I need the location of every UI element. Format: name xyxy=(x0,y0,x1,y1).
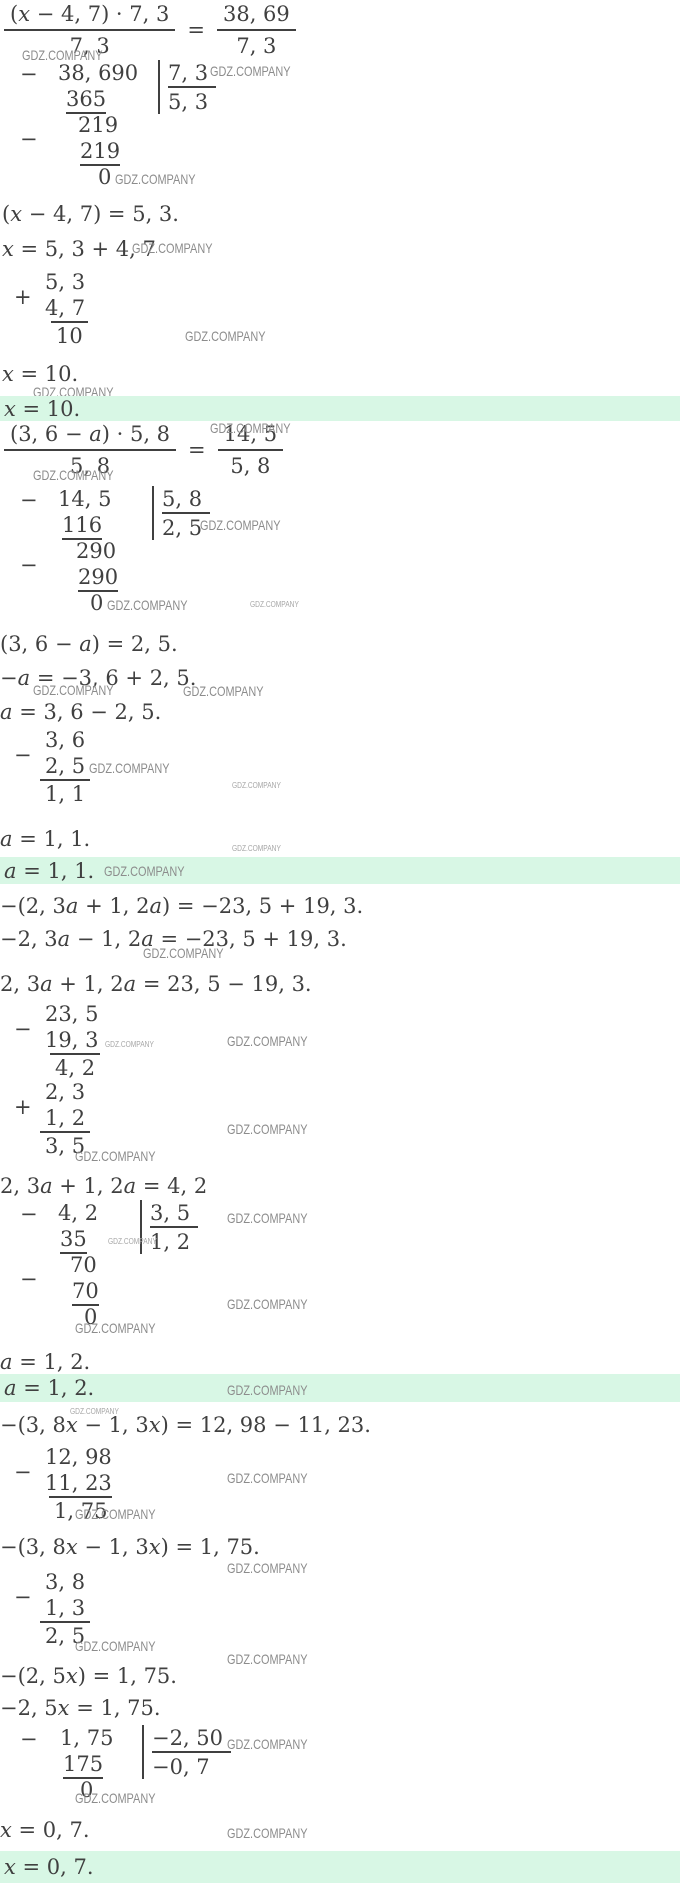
column-subtraction-1: − 3, 6 2, 5GDZ.COMPANY 1, 1 xyxy=(0,727,192,805)
fraction-right: 38, 69 7, 3 xyxy=(217,2,296,58)
dividend: 38, 690 xyxy=(58,60,138,86)
equation-line: a = 3, 6 − 2, 5. xyxy=(0,700,161,724)
fraction-numerator: 38, 69 xyxy=(217,2,296,31)
quotient: 1, 2 xyxy=(150,1228,198,1254)
operand: 2, 3 xyxy=(45,1080,85,1104)
column-subtraction-2: − 23, 5 19, 3GDZ.COMPANY 4, 2 xyxy=(0,1001,168,1079)
divisor-box: 7, 3 5, 3 xyxy=(158,60,216,114)
watermark: GDZ.COMPANY xyxy=(200,518,280,532)
dividend: 1, 75 xyxy=(60,1725,113,1751)
watermark: GDZ.COMPANY xyxy=(250,600,299,609)
answer-highlight-2: a = 1, 1. GDZ.COMPANY xyxy=(0,857,680,884)
equals-sign: = xyxy=(188,438,206,462)
watermark: GDZ.COMPANY xyxy=(185,329,265,343)
equation-line: a = 1, 2. xyxy=(0,1350,90,1374)
watermark: GDZ.COMPANY xyxy=(227,1211,307,1225)
operand: 12, 98 xyxy=(45,1445,112,1469)
partial-product: 175 xyxy=(63,1751,103,1779)
plus-sign: + xyxy=(14,1095,32,1119)
remainder: 70 xyxy=(70,1252,97,1278)
remainder: 219 xyxy=(78,112,118,138)
operand-row: 3, 8 xyxy=(45,1569,90,1595)
long-division-1: −38, 690 365 −219 219 0GDZ.COMPANY 7, 3 … xyxy=(0,60,219,190)
watermark: GDZ.COMPANY xyxy=(227,1826,307,1840)
division-row: 290 xyxy=(58,564,211,590)
watermark: GDZ.COMPANY xyxy=(132,241,212,255)
equation-line: −(3, 8x − 1, 3x) = 1, 75. xyxy=(0,1535,260,1559)
minus-sign: − xyxy=(14,1585,32,1609)
equation-line: 2, 3a + 1, 2a = 4, 2 xyxy=(0,1174,207,1198)
division-row: 0GDZ.COMPANY xyxy=(58,164,219,190)
minus-sign: − xyxy=(20,552,38,578)
operand: 4, 7 xyxy=(45,296,85,320)
watermark: GDZ.COMPANY xyxy=(75,1321,155,1335)
watermark: GDZ.COMPANY xyxy=(115,172,195,186)
division-row: −1, 75 xyxy=(58,1725,113,1751)
watermark: GDZ.COMPANY xyxy=(232,844,281,853)
long-division-3: −4, 2 35 −70 70 0 3, 5 1, 2 xyxy=(0,1200,99,1330)
answer-highlight-3: a = 1, 2. xyxy=(0,1374,680,1402)
solution-page: (x − 4, 7) · 7, 3 7, 3 = 38, 69 7, 3 GDZ… xyxy=(0,0,680,1883)
equation-line: −(3, 8x − 1, 3x) = 12, 98 − 11, 23. xyxy=(0,1413,371,1437)
operand-row: 23, 5 xyxy=(45,1001,168,1027)
minus-sign: − xyxy=(14,1460,32,1484)
operand-row: 2, 5GDZ.COMPANY xyxy=(45,753,192,779)
result: 4, 2 xyxy=(50,1053,100,1081)
answer-highlight-1: x = 10. xyxy=(0,396,680,421)
watermark: GDZ.COMPANY xyxy=(75,1149,155,1163)
division-row: 0GDZ.COMPANY xyxy=(58,590,211,616)
equation-line: a = 1, 1. xyxy=(0,827,90,851)
result-row: 4, 2 xyxy=(45,1053,168,1079)
minus-sign: − xyxy=(20,1726,38,1752)
fraction-denominator: 7, 3 xyxy=(236,31,276,58)
result-row: 10 xyxy=(45,321,88,347)
divisor: 5, 8 xyxy=(162,486,210,514)
watermark: GDZ.COMPANY xyxy=(33,683,113,697)
equation-line: (x − 4, 7) = 5, 3. xyxy=(2,202,179,226)
watermark: GDZ.COMPANY xyxy=(227,1297,307,1311)
division-row: 70 xyxy=(58,1278,99,1304)
operand-row: 5, 3 xyxy=(45,269,88,295)
division-row: 35 xyxy=(58,1226,99,1252)
dividend: 4, 2 xyxy=(58,1200,98,1226)
watermark: GDZ.COMPANY xyxy=(89,761,169,775)
watermark: GDZ.COMPANY xyxy=(227,1561,307,1575)
operand-row: 3, 6 xyxy=(45,727,192,753)
operand-row: 4, 7 xyxy=(45,295,88,321)
watermark: GDZ.COMPANY xyxy=(75,1507,155,1521)
division-row: 219 xyxy=(58,138,219,164)
equals-sign: = xyxy=(187,18,205,42)
watermark: GDZ.COMPANY xyxy=(75,1639,155,1653)
operand-row: 2, 3 xyxy=(45,1079,90,1105)
watermark: GDZ.COMPANY xyxy=(107,598,187,612)
quotient: 5, 3 xyxy=(168,88,216,114)
watermark: GDZ.COMPANY xyxy=(183,684,263,698)
operand-row: 1, 3 xyxy=(45,1595,90,1621)
watermark: GDZ.COMPANY xyxy=(33,468,113,482)
remainder: 290 xyxy=(76,538,116,564)
watermark: GDZ.COMPANY xyxy=(227,1737,307,1751)
divisor: 7, 3 xyxy=(168,60,216,88)
plus-sign: + xyxy=(14,285,32,309)
partial-product: 290 xyxy=(78,564,118,592)
operand: 3, 6 xyxy=(45,728,85,752)
column-addition-1: + 5, 3 4, 7 10 xyxy=(0,269,88,347)
dividend: 14, 5 xyxy=(58,486,111,512)
watermark: GDZ.COMPANY xyxy=(227,1471,307,1485)
partial-product: 35 xyxy=(60,1226,87,1254)
division-row: −290 xyxy=(58,538,211,564)
division-row: 175 xyxy=(58,1751,113,1777)
watermark: GDZ.COMPANY xyxy=(227,1034,307,1048)
remainder: 0 xyxy=(98,164,111,190)
operand: 3, 8 xyxy=(45,1570,85,1594)
minus-sign: − xyxy=(20,487,38,513)
answer-text: x = 0, 7. xyxy=(0,1855,94,1879)
watermark: GDZ.COMPANY xyxy=(227,1383,307,1397)
fraction-numerator: (x − 4, 7) · 7, 3 xyxy=(4,2,175,31)
operand: 11, 23 xyxy=(45,1471,112,1495)
result-row: 1, 1 xyxy=(45,779,192,805)
remainder: 0 xyxy=(90,590,103,616)
watermark: GDZ.COMPANY xyxy=(227,1122,307,1136)
division-row: −4, 2 xyxy=(58,1200,99,1226)
divisor-box: −2, 50 −0, 7 xyxy=(142,1725,231,1779)
watermark: GDZ.COMPANY xyxy=(75,1791,155,1805)
fraction-denominator: 5, 8 xyxy=(230,451,270,478)
operand: 5, 3 xyxy=(45,270,85,294)
watermark: GDZ.COMPANY xyxy=(105,1040,154,1049)
divisor: −2, 50 xyxy=(152,1725,231,1753)
column-subtraction-4: − 3, 8 1, 3 2, 5 xyxy=(0,1569,90,1647)
fraction-numerator: (3, 6 − a) · 5, 8 xyxy=(4,422,176,451)
operand: 2, 5 xyxy=(45,754,85,778)
watermark: GDZ.COMPANY xyxy=(143,946,223,960)
equation-line: −(2, 3a + 1, 2a) = −23, 5 + 19, 3. xyxy=(0,894,363,918)
watermark: GDZ.COMPANY xyxy=(232,781,281,790)
answer-text: a = 1, 2. xyxy=(0,1376,94,1400)
long-division-2: −14, 5 116 −290 290 0GDZ.COMPANY 5, 8 2,… xyxy=(0,486,211,616)
operand-row: 11, 23 xyxy=(45,1470,112,1496)
partial-product: 219 xyxy=(80,138,120,166)
partial-product: 365 xyxy=(66,86,106,114)
equation-line: x = 10. xyxy=(2,362,78,386)
operand-row: 19, 3GDZ.COMPANY xyxy=(45,1027,168,1053)
operand-row: 1, 2 xyxy=(45,1105,90,1131)
equation-line: (3, 6 − a) = 2, 5. xyxy=(0,632,178,656)
equation-line: 2, 3a + 1, 2a = 23, 5 − 19, 3. xyxy=(0,972,312,996)
answer-text: x = 10. xyxy=(0,397,80,421)
operand: 19, 3 xyxy=(45,1028,98,1052)
minus-sign: − xyxy=(14,743,32,767)
minus-sign: − xyxy=(14,1017,32,1041)
partial-product: 116 xyxy=(62,512,102,540)
answer-text: a = 1, 1. xyxy=(0,859,94,883)
result: 10 xyxy=(51,321,88,349)
quotient: −0, 7 xyxy=(152,1753,231,1779)
equation-line: −2, 5x = 1, 75. xyxy=(0,1696,161,1720)
result: 1, 1 xyxy=(40,779,90,807)
watermark: GDZ.COMPANY xyxy=(210,421,290,435)
minus-sign: − xyxy=(20,1201,38,1227)
operand: 23, 5 xyxy=(45,1002,98,1026)
divisor: 3, 5 xyxy=(150,1200,198,1228)
equation-line: −(2, 5x) = 1, 75. xyxy=(0,1664,177,1688)
minus-sign: − xyxy=(20,126,38,152)
partial-product: 70 xyxy=(72,1278,99,1306)
operand: 1, 3 xyxy=(45,1596,85,1620)
minus-sign: − xyxy=(20,61,38,87)
operand-row: 12, 98 xyxy=(45,1444,112,1470)
minus-sign: − xyxy=(20,1266,38,1292)
answer-highlight-4: x = 0, 7. xyxy=(0,1851,680,1883)
division-row: −70 xyxy=(58,1252,99,1278)
watermark: GDZ.COMPANY xyxy=(104,864,184,878)
equation-line: x = 0, 7. xyxy=(0,1818,90,1842)
watermark: GDZ.COMPANY xyxy=(210,64,290,78)
operand: 1, 2 xyxy=(45,1106,85,1130)
division-row: −219 xyxy=(58,112,219,138)
column-addition-2: + 2, 3 1, 2 3, 5 xyxy=(0,1079,90,1157)
watermark: GDZ.COMPANY xyxy=(227,1652,307,1666)
watermark: GDZ.COMPANY xyxy=(108,1237,157,1246)
